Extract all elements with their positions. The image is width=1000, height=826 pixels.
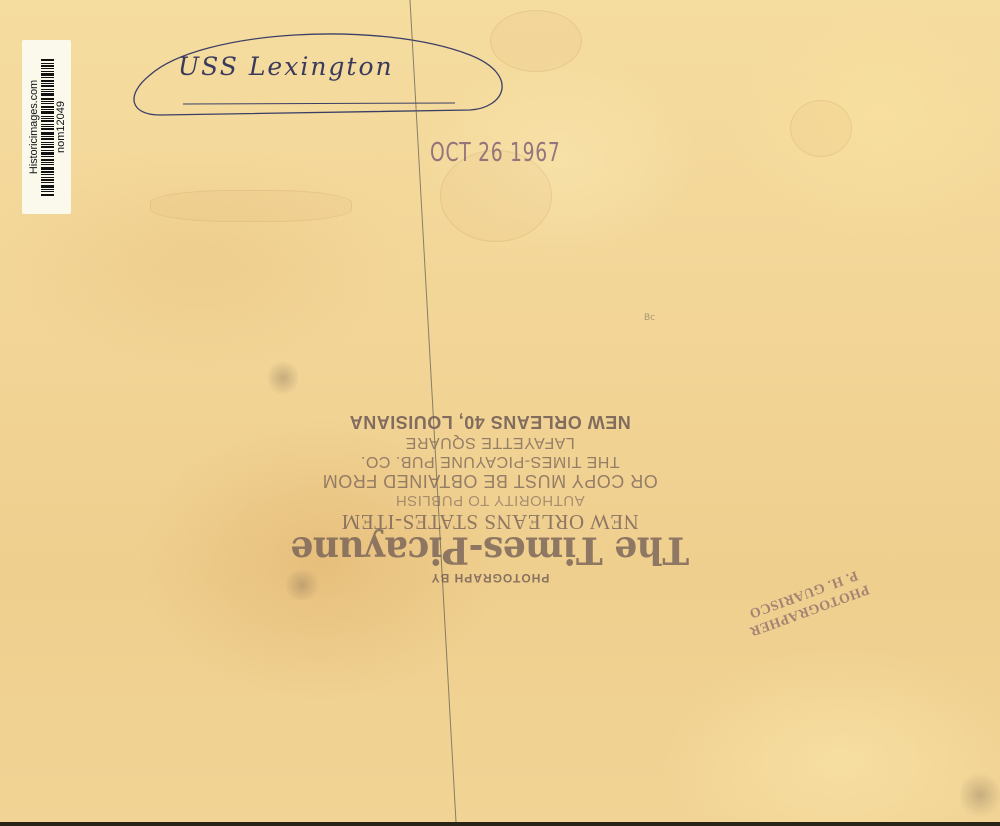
stamp-address: LAFAYETTE SQUARE [280,434,700,450]
pencil-mark: Bc [644,313,655,323]
photo-back: Historicimages.com nom12049 USS Lexingto… [0,0,1000,822]
credit-stamp: PHOTOGRAPH BY The Times-Picayune NEW ORL… [280,338,700,588]
stamp-edition: NEW ORLEANS STATES-ITEM [280,511,700,532]
handwritten-caption: USS Lexington [178,52,394,81]
date-stamp: OCT 26 1967 [430,138,561,168]
stamp-photo-by: PHOTOGRAPH BY [280,572,700,584]
stamp-city: NEW ORLEANS 40, LOUISIANA [280,413,700,431]
scan-edge [0,822,1000,826]
stamp-copy: OR COPY MUST BE OBTAINED FROM [280,472,700,490]
pen-underline [183,103,455,104]
stamp-authority: AUTHORITY TO PUBLISH [280,493,700,508]
stamp-publisher: THE TIMES-PICAYUNE PUB. CO. [280,453,700,469]
stamp-newspaper-name: The Times-Picayune [280,531,700,569]
